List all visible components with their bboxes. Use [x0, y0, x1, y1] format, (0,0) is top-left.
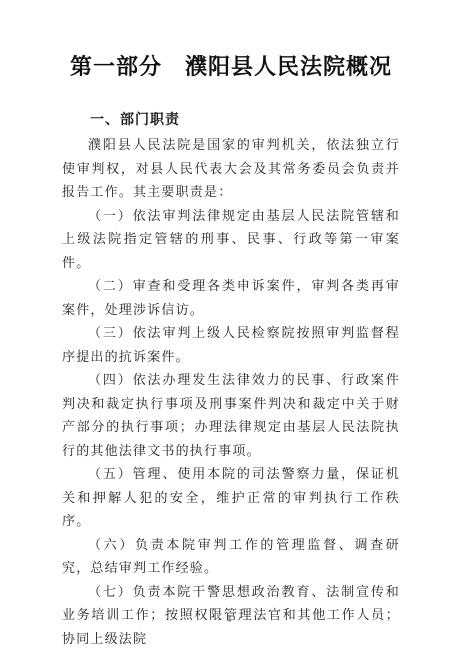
document-page: 第一部分 濮阳县人民法院概况 一、部门职责 濮阳县人民法院是国家的审判机关，依法…: [0, 0, 460, 650]
paragraph-duty-5: （五）管理、使用本院的司法警察力量，保证机关和押解人犯的安全，维护正常的审判执行…: [62, 462, 400, 533]
paragraph-duty-1: （一）依法审判法律规定由基层人民法院管辖和上级法院指定管辖的刑事、民事、行政等第…: [62, 204, 400, 275]
paragraph-duty-3: （三）依法审判上级人民检察院按照审判监督程序提出的抗诉案件。: [62, 321, 400, 368]
paragraph-duty-6: （六）负责本院审判工作的管理监督、调查研究，总结审判工作经验。: [62, 533, 400, 580]
paragraph-duty-2: （二）审查和受理各类申诉案件，审判各类再审案件，处理涉诉信访。: [62, 274, 400, 321]
page-number: - 4 -: [0, 614, 460, 624]
paragraph-duty-4: （四）依法办理发生法律效力的民事、行政案件判决和裁定执行事项及刑事案件判决和裁定…: [62, 368, 400, 462]
page-title: 第一部分 濮阳县人民法院概况: [62, 50, 400, 81]
section-heading: 一、部门职责: [62, 109, 400, 129]
paragraph-intro: 濮阳县人民法院是国家的审判机关，依法独立行使审判权，对县人民代表大会及其常务委员…: [62, 133, 400, 204]
